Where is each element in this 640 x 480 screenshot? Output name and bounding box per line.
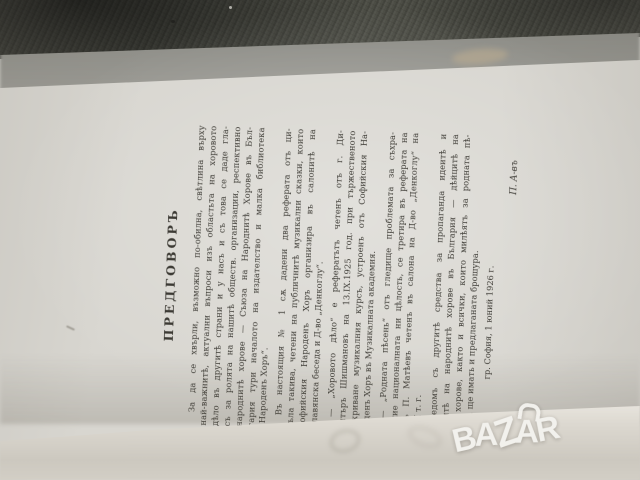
paragraph-5: Редомъ съ другитѣ средства за пропаганда…: [428, 134, 486, 435]
pencil-mark: [66, 325, 75, 331]
photo-open-book: ПРЕДГОВОРЪ За да се хвърли, възможно по-…: [0, 0, 640, 480]
page-title: ПРЕДГОВОРЪ: [158, 124, 183, 424]
page-text-block: ПРЕДГОВОРЪ За да се хвърли, възможно по-…: [153, 124, 515, 436]
dust-speck: [171, 20, 175, 23]
paragraph-2: Въ настоящия № 1 сѫ дадени два реферата …: [273, 128, 331, 429]
blurred-ghost-mark: [328, 426, 363, 455]
paragraph-4: — „Родната пѣсень“ отъ гледище проблемат…: [376, 132, 434, 433]
paragraph-3: — „Хоровото дѣло“ е рефератътъ четенъ от…: [325, 130, 383, 431]
blurred-ghost-mark: [406, 423, 444, 452]
paragraph-1: За да се хвърли, възможно по-обилна, свѣ…: [186, 125, 280, 428]
author-signature: П. А-въ: [501, 136, 521, 436]
dust-speck: [229, 6, 232, 9]
watermark-letter: R: [533, 410, 563, 447]
